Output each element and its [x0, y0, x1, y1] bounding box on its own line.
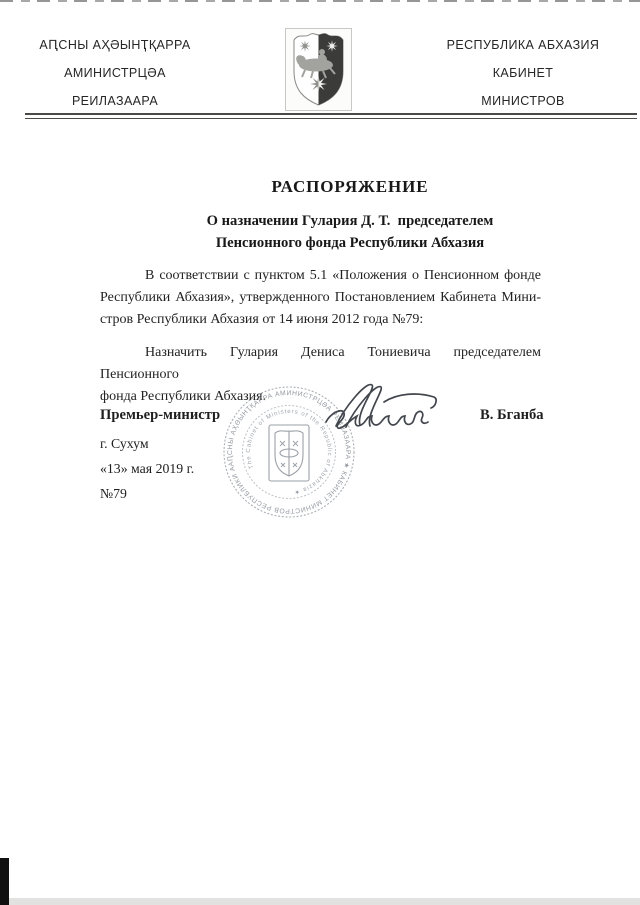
- signer-name: В. Бганба: [480, 407, 544, 424]
- scan-artifact-corner-mark: [0, 858, 9, 905]
- signer-position-title: Премьер-министр: [100, 407, 220, 424]
- seal-center-emblem-icon: [269, 425, 309, 481]
- document-subtitle-line: О назначении Гулария Д. Т. председателем: [60, 211, 640, 233]
- document-number: №79: [100, 486, 127, 502]
- letterhead-right-line: РЕСПУБЛИКА АБХАЗИЯ: [428, 31, 618, 59]
- star-icon: [299, 40, 311, 52]
- document-subtitle: О назначении Гулария Д. Т. председателем…: [60, 211, 640, 254]
- scan-artifact-top-edge: [0, 0, 640, 2]
- letterhead-right-line: МИНИСТРОВ: [428, 87, 618, 115]
- paragraph-line: Республики Абхазия», утвержденного Поста…: [100, 287, 541, 309]
- paragraph-line: В соответствии с пунктом 5.1 «Положения …: [100, 265, 541, 287]
- document-title: РАСПОРЯЖЕНИЕ: [60, 177, 640, 197]
- document-city: г. Сухум: [100, 436, 149, 452]
- letterhead-divider-rule: [25, 113, 637, 119]
- handwritten-signature-icon: [320, 378, 448, 432]
- paragraph-preamble: В соответствии с пунктом 5.1 «Положения …: [100, 265, 541, 330]
- letterhead-left-line: РЕИЛАЗААРА: [24, 87, 206, 115]
- document-date: «13» мая 2019 г.: [100, 461, 194, 477]
- letterhead-left-line: АԤСНЫ АҲӘЫНҬҚАРРА: [24, 31, 206, 59]
- document-subtitle-line: Пенсионного фонда Республики Абхазия: [60, 233, 640, 255]
- scan-artifact-bottom-strip: [0, 898, 640, 905]
- abkhazia-coat-of-arms-icon: [285, 28, 352, 111]
- letterhead-left-line: АМИНИСТРЦӘА: [24, 59, 206, 87]
- letterhead-right-line: КАБИНЕТ: [428, 59, 618, 87]
- paragraph-line: стров Республики Абхазия от 14 июня 2012…: [100, 309, 541, 331]
- letterhead-right: РЕСПУБЛИКА АБХАЗИЯ КАБИНЕТ МИНИСТРОВ: [428, 31, 618, 115]
- letterhead-left: АԤСНЫ АҲӘЫНҬҚАРРА АМИНИСТРЦӘА РЕИЛАЗААРА: [24, 31, 206, 115]
- star-icon: [326, 40, 338, 52]
